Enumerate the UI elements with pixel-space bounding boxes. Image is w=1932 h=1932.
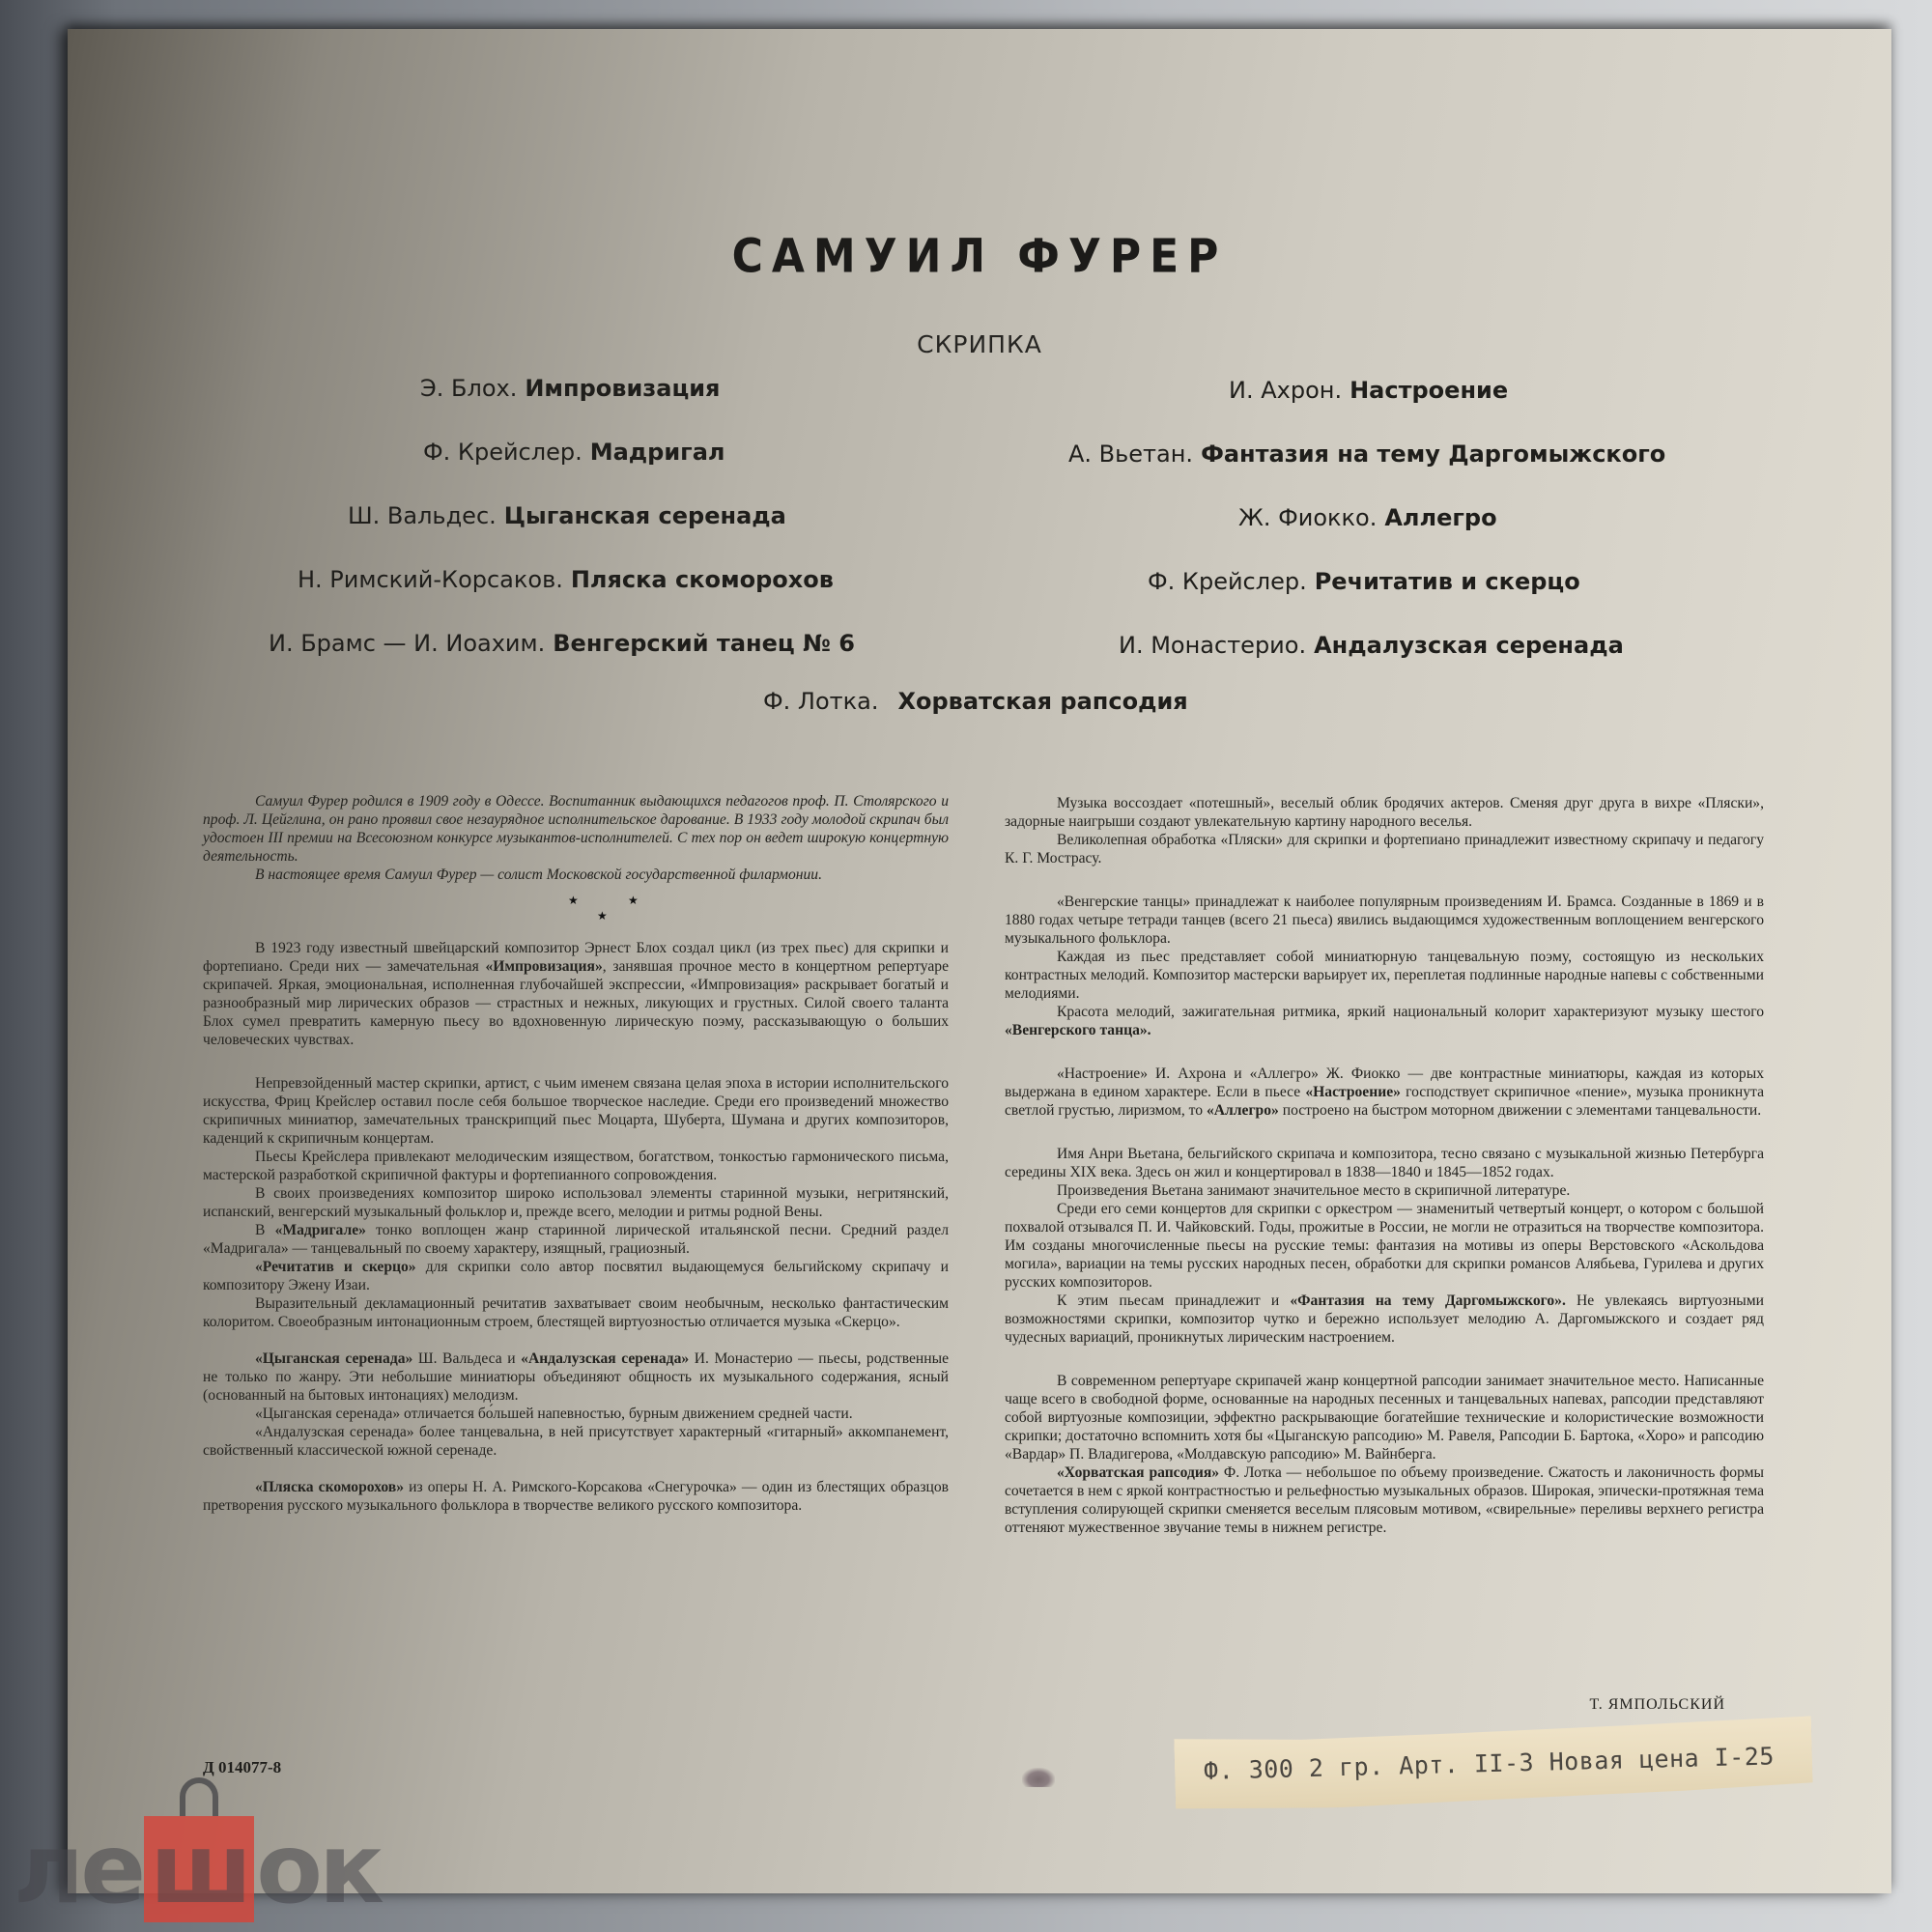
paragraph-serenades: «Андалузская серенада» более танцевальна… — [203, 1423, 949, 1460]
paragraph-serenades: «Цыганская серенада» отличается бо́льшей… — [203, 1405, 949, 1423]
track-title: Андалузская серенада — [1314, 632, 1624, 659]
track-item: А. Вьетан.Фантазия на тему Даргомыжского — [1068, 440, 1665, 468]
track-composer: И. Ахрон. — [1229, 377, 1342, 404]
paragraph-vieuxtemps: Среди его семи концертов для скрипки с о… — [1005, 1200, 1764, 1292]
paragraph-dance: Великолепная обработка «Пляски» для скри… — [1005, 831, 1764, 867]
track-composer: Э. Блох. — [420, 375, 517, 402]
catalog-number: Д 014077-8 — [203, 1758, 281, 1777]
price-sticker: Ф. 300 2 гр. Арт. II-3 Новая цена I-25 — [1174, 1716, 1813, 1811]
track-item: Ф. Крейслер.Речитатив и скерцо — [1148, 568, 1580, 595]
track-composer: Ф. Крейслер. — [1148, 568, 1307, 595]
track-composer: А. Вьетан. — [1068, 440, 1193, 468]
shopping-bag-icon: ш — [144, 1816, 254, 1922]
track-item: Ж. Фиокко.Аллегро — [1238, 504, 1497, 531]
paragraph-serenades: «Цыганская серенада» Ш. Вальдеса и «Анда… — [203, 1350, 949, 1405]
paragraph-dance: Музыка воссоздает «потешный», веселый об… — [1005, 794, 1764, 831]
paragraph-kreisler: Непревзойденный мастер скрипки, артист, … — [203, 1074, 949, 1148]
track-item: Э. Блох.Импровизация — [420, 375, 720, 402]
bio-paragraph: Самуил Фурер родился в 1909 году в Одесс… — [203, 792, 949, 866]
track-title: Фантазия на тему Даргомыжского — [1201, 440, 1665, 468]
paragraph-kreisler: В своих произведениях композитор широко … — [203, 1184, 949, 1221]
artist-name: САМУИЛ ФУРЕР — [68, 229, 1891, 283]
track-title: Венгерский танец № 6 — [553, 630, 855, 657]
track-item: И. Брамс — И. Иоахим.Венгерский танец № … — [269, 630, 855, 657]
track-item: И. Монастерио.Андалузская серенада — [1119, 632, 1624, 659]
author-signature: Т. ЯМПОЛЬСКИЙ — [1590, 1696, 1725, 1714]
paragraph-dance: «Пляска скоморохов» из оперы Н. А. Римск… — [203, 1478, 949, 1515]
paragraph-brahms: Красота мелодий, зажигательная ритмика, … — [1005, 1003, 1764, 1039]
paragraph-vieuxtemps: К этим пьесам принадлежит и «Фантазия на… — [1005, 1292, 1764, 1347]
paragraph-kreisler: Пьесы Крейслера привлекают мелодическим … — [203, 1148, 949, 1184]
track-title: Настроение — [1350, 377, 1508, 404]
track-composer: И. Монастерио. — [1119, 632, 1306, 659]
track-item: Ф. Крейслер.Мадригал — [423, 439, 725, 466]
track-item: Н. Римский-Корсаков.Пляска скоморохов — [298, 566, 834, 593]
paragraph-achron-fiocco: «Настроение» И. Ахрона и «Аллегро» Ж. Фи… — [1005, 1065, 1764, 1120]
paragraph-rhapsody: «Хорватская рапсодия» Ф. Лотка — небольш… — [1005, 1463, 1764, 1537]
instrument-label: СКРИПКА — [68, 330, 1891, 358]
track-item: И. Ахрон.Настроение — [1229, 377, 1508, 404]
label-logo-mark-icon — [1022, 1768, 1055, 1787]
track-composer: Ф. Крейслер. — [423, 439, 582, 466]
paragraph-recitative: «Речитатив и скерцо» для скрипки соло ав… — [203, 1258, 949, 1294]
track-composer: Ш. Вальдес. — [348, 502, 497, 529]
track-item: Ш. Вальдес.Цыганская серенада — [348, 502, 786, 529]
track-title: Импровизация — [525, 375, 720, 402]
track-item: Ф. Лотка.Хорватская рапсодия — [763, 688, 1188, 715]
track-composer: Ф. Лотка. — [763, 688, 878, 715]
liner-notes-right: Музыка воссоздает «потешный», веселый об… — [1005, 794, 1764, 1537]
track-composer: И. Брамс — И. Иоахим. — [269, 630, 545, 657]
site-watermark-logo: лешок — [14, 1816, 458, 1922]
paragraph-madrigal: В «Мадригале» тонко воплощен жанр старин… — [203, 1221, 949, 1258]
track-title: Речитатив и скерцо — [1315, 568, 1580, 595]
track-title: Аллегро — [1384, 504, 1496, 531]
track-composer: Н. Римский-Корсаков. — [298, 566, 563, 593]
track-title: Хорватская рапсодия — [897, 688, 1187, 715]
paragraph-vieuxtemps: Произведения Вьетана занимают значительн… — [1005, 1181, 1764, 1200]
track-title: Цыганская серенада — [504, 502, 786, 529]
record-sleeve-back: САМУИЛ ФУРЕР СКРИПКА Э. Блох.Импровизаци… — [68, 29, 1891, 1893]
track-composer: Ж. Фиокко. — [1238, 504, 1377, 531]
price-sticker-text: Ф. 300 2 гр. Арт. II-3 Новая цена I-25 — [1204, 1742, 1776, 1784]
track-title: Мадригал — [590, 439, 725, 466]
paragraph-brahms: Каждая из пьес представляет собой миниат… — [1005, 948, 1764, 1003]
liner-notes-left: Самуил Фурер родился в 1909 году в Одесс… — [203, 792, 949, 1515]
paragraph-recitative: Выразительный декламационный речитатив з… — [203, 1294, 949, 1331]
section-separator: ★★★ — [203, 884, 949, 921]
paragraph-bloch: В 1923 году известный швейцарский композ… — [203, 939, 949, 1049]
paragraph-rhapsody: В современном репертуаре скрипачей жанр … — [1005, 1372, 1764, 1463]
paragraph-vieuxtemps: Имя Анри Вьетана, бельгийского скрипача … — [1005, 1145, 1764, 1181]
bio-paragraph: В настоящее время Самуил Фурер — солист … — [203, 866, 949, 884]
track-title: Пляска скоморохов — [571, 566, 834, 593]
paragraph-brahms: «Венгерские танцы» принадлежат к наиболе… — [1005, 893, 1764, 948]
